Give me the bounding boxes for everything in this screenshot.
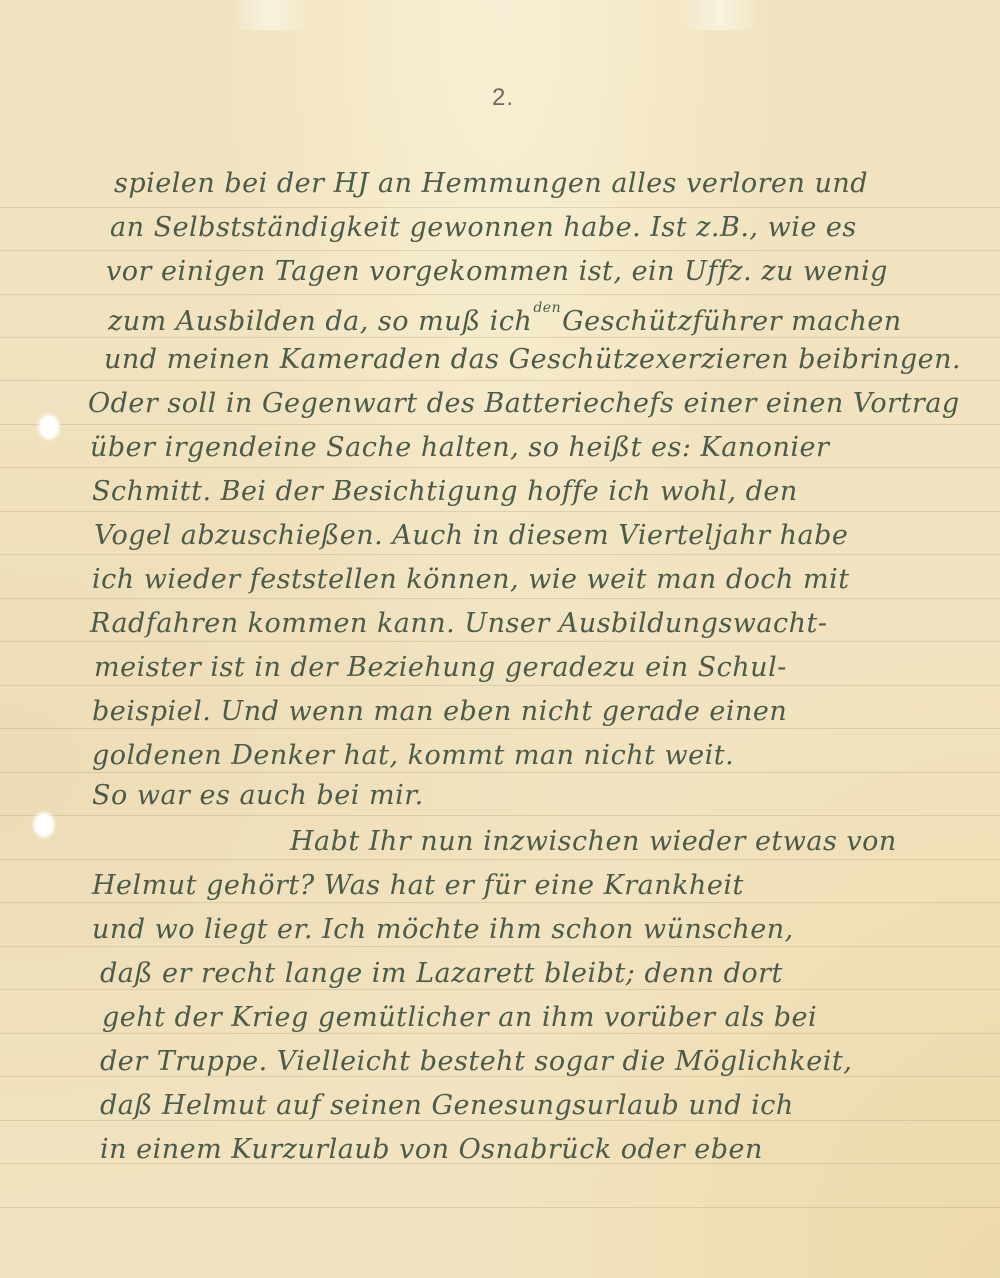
text-line: in einem Kurzurlaub von Osnabrück oder e… xyxy=(100,1134,763,1165)
paper-crease xyxy=(680,0,760,30)
text-line: Schmitt. Bei der Besichtigung hoffe ich … xyxy=(92,476,798,507)
text-line: Radfahren kommen kann. Unser Ausbildungs… xyxy=(90,608,828,639)
ruled-line xyxy=(0,554,1000,555)
text-line: daß Helmut auf seinen Genesungsurlaub un… xyxy=(100,1090,794,1121)
text-line: daß er recht lange im Lazarett bleibt; d… xyxy=(100,958,783,989)
text-line: spielen bei der HJ an Hemmungen alles ve… xyxy=(114,168,868,199)
ruled-line xyxy=(0,859,1000,860)
ruled-line xyxy=(0,337,1000,338)
ruled-line xyxy=(0,207,1000,208)
ruled-line xyxy=(0,511,1000,512)
ruled-line xyxy=(0,815,1000,816)
ruled-line xyxy=(0,1207,1000,1208)
ruled-line xyxy=(0,1033,1000,1034)
text-line: So war es auch bei mir. xyxy=(92,780,424,811)
ruled-line xyxy=(0,467,1000,468)
ruled-line xyxy=(0,250,1000,251)
text-line: Oder soll in Gegenwart des Batteriechefs… xyxy=(88,388,960,419)
text-line: und wo liegt er. Ich möchte ihm schon wü… xyxy=(92,914,794,945)
text-segment: zum Ausbilden da, so muß ich xyxy=(108,306,532,337)
text-line: der Truppe. Vielleicht besteht sogar die… xyxy=(100,1046,852,1077)
text-line: ich wieder feststellen können, wie weit … xyxy=(92,564,850,595)
letter-page: 2. spielen bei der HJ an Hemmungen alles… xyxy=(0,0,1000,1278)
ruled-line xyxy=(0,641,1000,642)
ruled-line xyxy=(0,294,1000,295)
ruled-line xyxy=(0,946,1000,947)
ruled-line xyxy=(0,380,1000,381)
ruled-line xyxy=(0,424,1000,425)
text-line: Vogel abzuschießen. Auch in diesem Viert… xyxy=(94,520,848,551)
ruled-line xyxy=(0,902,1000,903)
ruled-line xyxy=(0,728,1000,729)
ruled-line xyxy=(0,685,1000,686)
text-line-with-insertion: zum Ausbilden da, so muß ichdenGeschützf… xyxy=(108,300,902,337)
text-line: geht der Krieg gemütlicher an ihm vorübe… xyxy=(102,1002,817,1033)
ruled-line xyxy=(0,772,1000,773)
ruled-line xyxy=(0,598,1000,599)
text-line: goldenen Denker hat, kommt man nicht wei… xyxy=(92,740,734,771)
text-line: vor einigen Tagen vorgekommen ist, ein U… xyxy=(106,256,888,287)
text-line: an Selbstständigkeit gewonnen habe. Ist … xyxy=(110,212,857,243)
text-line: beispiel. Und wenn man eben nicht gerade… xyxy=(92,696,787,727)
text-line: meister ist in der Beziehung geradezu ei… xyxy=(94,652,787,683)
punch-hole xyxy=(35,814,53,836)
text-line-paragraph-start: Habt Ihr nun inzwischen wieder etwas von xyxy=(290,826,897,857)
paper-crease xyxy=(230,0,310,30)
text-line: über irgendeine Sache halten, so heißt e… xyxy=(90,432,829,463)
punch-hole xyxy=(40,416,58,438)
text-line: Helmut gehört? Was hat er für eine Krank… xyxy=(92,870,744,901)
text-line: und meinen Kameraden das Geschützexerzie… xyxy=(104,344,961,375)
page-number: 2. xyxy=(492,84,514,112)
ruled-line xyxy=(0,989,1000,990)
text-segment: Geschützführer machen xyxy=(562,306,902,337)
superscript-insertion: den xyxy=(533,300,561,316)
